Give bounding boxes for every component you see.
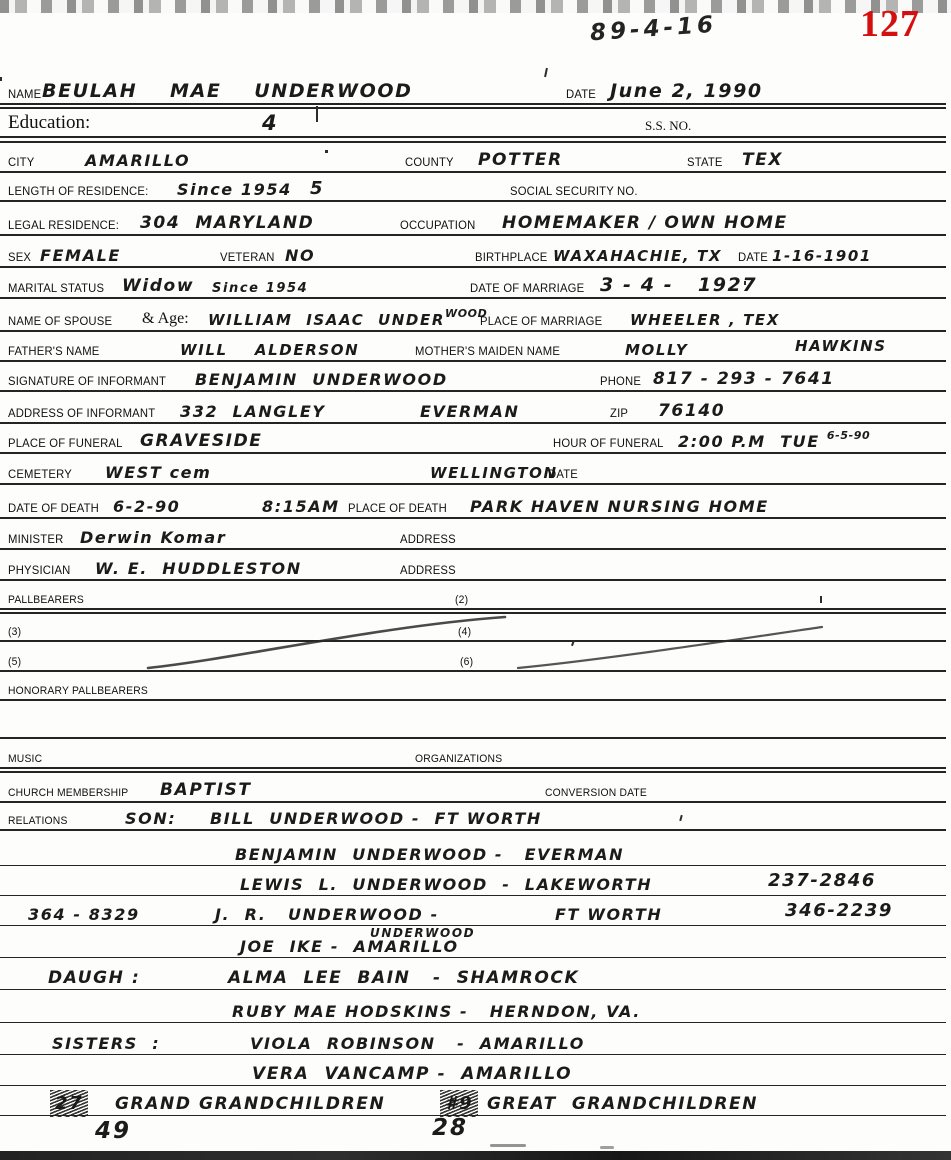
physician-address-label: ADDRESS bbox=[400, 563, 456, 577]
residence-label: LENGTH OF RESIDENCE: bbox=[8, 184, 148, 198]
mother-maiden-label: MOTHER'S MAIDEN NAME bbox=[415, 344, 560, 358]
relation-text: BILL UNDERWOOD - FT WORTH bbox=[210, 809, 542, 828]
page-number-red: 127 bbox=[860, 2, 920, 46]
legal-residence-value: 304 MARYLAND bbox=[140, 213, 314, 233]
marital-value-since: Since 1954 bbox=[212, 281, 308, 296]
honorary-pallbearers-label: HONORARY PALLBEARERS bbox=[8, 685, 148, 697]
field-row-father: FATHER'S NAME WILL ALDERSON MOTHER'S MAI… bbox=[0, 341, 946, 362]
double-rule bbox=[0, 612, 946, 614]
date-of-death-value: 6-2-90 bbox=[113, 497, 180, 516]
field-row-death: DATE OF DEATH 6-2-90 8:15AM PLACE OF DEA… bbox=[0, 498, 946, 519]
cemetery-city-value: WELLINGTON bbox=[430, 464, 558, 482]
scan-bottom-edge bbox=[0, 1151, 951, 1160]
field-row-cemetery: CEMETERY WEST cem WELLINGTON DATE bbox=[0, 465, 946, 485]
time-of-death-value: 8:15AM bbox=[262, 497, 340, 516]
relations-row-6: DAUGH : ALMA LEE BAIN - SHAMROCK bbox=[0, 966, 946, 990]
music-label: MUSIC bbox=[8, 753, 42, 765]
pallbearers-row-3: (5) (6) bbox=[0, 655, 946, 672]
county-value: POTTER bbox=[478, 150, 563, 170]
conversion-date-label: CONVERSION DATE bbox=[545, 787, 647, 799]
date-of-marriage-label: DATE OF MARRIAGE bbox=[470, 281, 584, 295]
hour-of-funeral-label: HOUR OF FUNERAL bbox=[553, 436, 664, 450]
field-row-city: CITY AMARILLO COUNTY POTTER STATE TEX bbox=[0, 152, 946, 173]
field-row-legal-residence: LEGAL RESIDENCE: 304 MARYLAND OCCUPATION… bbox=[0, 216, 946, 236]
scan-edge-noise bbox=[0, 0, 951, 13]
phone-value: 817 - 293 - 7641 bbox=[653, 369, 835, 389]
veteran-value: NO bbox=[285, 246, 315, 265]
field-row-residence: LENGTH OF RESIDENCE: Since 1954 5 SOCIAL… bbox=[0, 182, 946, 202]
veteran-label: VETERAN bbox=[220, 250, 275, 264]
relations-row-7: RUBY MAE HODSKINS - HERNDON, VA. bbox=[0, 1001, 946, 1023]
struck-count-left: 27 bbox=[55, 1093, 83, 1114]
pallbearers-row-1: PALLBEARERS (2) bbox=[0, 593, 946, 610]
cemetery-date-label: DATE bbox=[548, 467, 578, 481]
sex-label: SEX bbox=[8, 250, 31, 264]
grandchildren-label: GRAND GRANDCHILDREN bbox=[115, 1094, 385, 1114]
pallbearers-label: PALLBEARERS bbox=[8, 594, 84, 606]
relations-row-1: RELATIONS SON: BILL UNDERWOOD - FT WORTH bbox=[0, 810, 946, 831]
relation-phone: 346-2239 bbox=[785, 900, 893, 921]
cemetery-label: CEMETERY bbox=[8, 467, 72, 481]
birth-date-value: 1-16-1901 bbox=[772, 247, 872, 265]
informant-signature-label: SIGNATURE OF INFORMANT bbox=[8, 374, 166, 388]
blank-rule bbox=[0, 737, 946, 739]
relation-text: BENJAMIN UNDERWOOD - EVERMAN bbox=[235, 845, 624, 864]
pallbearer-5-label: (5) bbox=[8, 656, 21, 668]
church-membership-label: CHURCH MEMBERSHIP bbox=[8, 787, 128, 799]
cut-off-handwriting-fragment bbox=[490, 1144, 526, 1147]
sex-value: FEMALE bbox=[40, 246, 121, 265]
struck-number: #9 bbox=[445, 1093, 473, 1114]
education-label: Education: bbox=[8, 112, 90, 134]
hour-value-text: 2:00 P.M TUE bbox=[678, 432, 820, 451]
field-row-physician: PHYSICIAN W. E. HUDDLESTON ADDRESS bbox=[0, 559, 946, 581]
church-row: CHURCH MEMBERSHIP BAPTIST CONVERSION DAT… bbox=[0, 781, 946, 803]
field-row-education: Education: 4 S.S. NO. bbox=[0, 113, 946, 138]
spouse-label: NAME OF SPOUSE bbox=[8, 314, 112, 328]
birthplace-label: BIRTHPLACE bbox=[475, 250, 548, 264]
date-of-marriage-value: 3 - 4 - 1927 bbox=[600, 274, 757, 296]
relations-row-3: LEWIS L. UNDERWOOD - LAKEWORTH 237-2846 bbox=[0, 873, 946, 896]
spouse-age-label: & Age: bbox=[142, 310, 189, 328]
name-value: BEULAH MAE UNDERWOOD bbox=[42, 80, 412, 102]
music-row: MUSIC ORGANIZATIONS bbox=[0, 753, 946, 769]
relation-kin: SISTERS : bbox=[52, 1034, 160, 1053]
relations-row-9: VERA VANCAMP - AMARILLO bbox=[0, 1064, 946, 1086]
scan-speck bbox=[0, 77, 2, 81]
date-of-death-label: DATE OF DEATH bbox=[8, 501, 99, 515]
relation-text: LEWIS L. UNDERWOOD - LAKEWORTH bbox=[240, 875, 652, 894]
spouse-value: WILLIAM ISAAC UNDERWOOD bbox=[208, 311, 487, 329]
physician-label: PHYSICIAN bbox=[8, 563, 70, 577]
pallbearers-row-2: (3) (4) bbox=[0, 625, 946, 642]
minister-value: Derwin Komar bbox=[80, 528, 226, 547]
cemetery-value: WEST cem bbox=[105, 463, 211, 482]
occupation-label: OCCUPATION bbox=[400, 218, 475, 232]
state-label: STATE bbox=[687, 155, 723, 169]
place-of-death-label: PLACE OF DEATH bbox=[348, 501, 447, 515]
relations-row-2: BENJAMIN UNDERWOOD - EVERMAN bbox=[0, 843, 946, 866]
ssno-label: S.S. NO. bbox=[645, 118, 691, 134]
double-rule bbox=[0, 771, 946, 773]
date-value: June 2, 1990 bbox=[610, 80, 763, 102]
relation-city: FT WORTH bbox=[555, 905, 662, 924]
informant-address-label: ADDRESS OF INFORMANT bbox=[8, 406, 155, 420]
residence-value: Since 1954 bbox=[177, 180, 292, 199]
organizations-label: ORGANIZATIONS bbox=[415, 753, 502, 765]
informant-address-city: EVERMAN bbox=[420, 402, 519, 421]
grandchildren-count: 49 bbox=[95, 1118, 131, 1144]
pallbearer-4-label: (4) bbox=[458, 626, 471, 638]
state-value: TEX bbox=[742, 150, 783, 170]
mother-maiden-value: MOLLY bbox=[625, 341, 688, 359]
hour-of-funeral-value: 2:00 P.M TUE 6-5-90 bbox=[678, 432, 870, 451]
field-row-marital: MARITAL STATUS Widow Since 1954 DATE OF … bbox=[0, 278, 946, 299]
honorary-pallbearers-row: HONORARY PALLBEARERS bbox=[0, 685, 946, 701]
church-membership-value: BAPTIST bbox=[160, 780, 252, 800]
minister-address-label: ADDRESS bbox=[400, 532, 456, 546]
scanned-funeral-record: 89-4-16 127 NAME BEULAH MAE UNDERWOOD DA… bbox=[0, 0, 951, 1160]
cut-off-handwriting-fragment bbox=[600, 1146, 614, 1149]
place-of-funeral-value: GRAVESIDE bbox=[140, 431, 263, 451]
struck-count-right: #9 bbox=[445, 1093, 473, 1114]
place-of-marriage-label: PLACE OF MARRIAGE bbox=[480, 314, 602, 328]
place-of-marriage-value: WHEELER , TEX bbox=[630, 311, 780, 329]
scan-speck bbox=[744, 281, 746, 285]
father-name-label: FATHER'S NAME bbox=[8, 344, 100, 358]
scan-speck bbox=[820, 596, 822, 603]
grandchildren-row: 27 GRAND GRANDCHILDREN #9 GREAT GRANDCHI… bbox=[0, 1091, 946, 1116]
mother-maiden-value2: HAWKINS bbox=[795, 337, 887, 355]
great-grandchildren-label: GREAT GRANDCHILDREN bbox=[487, 1094, 758, 1114]
pallbearer-2-label: (2) bbox=[455, 594, 468, 606]
relation-text: J. R. UNDERWOOD - bbox=[215, 905, 439, 924]
zip-label: ZIP bbox=[610, 406, 628, 420]
relation-text: ALMA LEE BAIN - SHAMROCK bbox=[228, 968, 579, 988]
place-of-funeral-label: PLACE OF FUNERAL bbox=[8, 436, 123, 450]
relation-phone-left: 364 - 8329 bbox=[28, 905, 140, 924]
relation-kin: DAUGH : bbox=[48, 968, 140, 988]
informant-address-value: 332 LANGLEY bbox=[180, 402, 326, 421]
informant-signature-value: BENJAMIN UNDERWOOD bbox=[195, 370, 448, 389]
scan-speck bbox=[316, 106, 318, 122]
marital-value: Widow bbox=[122, 276, 194, 296]
relations-row-8: SISTERS : VIOLA ROBINSON - AMARILLO bbox=[0, 1033, 946, 1055]
social-security-label: SOCIAL SECURITY NO. bbox=[510, 184, 638, 198]
residence-overstrike: 5 bbox=[310, 178, 324, 199]
name-label: NAME bbox=[8, 87, 41, 101]
field-row-informant: SIGNATURE OF INFORMANT BENJAMIN UNDERWOO… bbox=[0, 371, 946, 392]
birthplace-value: WAXAHACHIE, TX bbox=[553, 247, 722, 265]
zip-value: 76140 bbox=[658, 401, 725, 421]
city-label: CITY bbox=[8, 155, 34, 169]
spouse-value-text: WILLIAM ISAAC UNDER bbox=[208, 311, 445, 329]
marital-label: MARITAL STATUS bbox=[8, 281, 104, 295]
field-row-spouse: NAME OF SPOUSE & Age: WILLIAM ISAAC UNDE… bbox=[0, 311, 946, 332]
relations-row-5: UNDERWOOD JOE IKE - AMARILLO bbox=[0, 935, 946, 958]
city-value: AMARILLO bbox=[85, 151, 190, 170]
double-rule bbox=[0, 141, 946, 143]
double-rule bbox=[0, 107, 946, 109]
relations-label: RELATIONS bbox=[8, 815, 68, 827]
field-row-sex: SEX FEMALE VETERAN NO BIRTHPLACE WAXAHAC… bbox=[0, 247, 946, 268]
place-of-death-value: PARK HAVEN NURSING HOME bbox=[470, 497, 769, 516]
pallbearer-6-label: (6) bbox=[460, 656, 473, 668]
minister-label: MINISTER bbox=[8, 532, 63, 546]
county-label: COUNTY bbox=[405, 155, 454, 169]
field-row-name: NAME BEULAH MAE UNDERWOOD DATE June 2, 1… bbox=[0, 76, 946, 105]
phone-label: PHONE bbox=[600, 374, 641, 388]
relation-text: VIOLA ROBINSON - AMARILLO bbox=[250, 1034, 585, 1053]
struck-number: 27 bbox=[55, 1093, 83, 1114]
relation-text: JOE IKE - AMARILLO bbox=[240, 937, 459, 956]
education-value: 4 bbox=[262, 111, 278, 135]
relation-kin: SON: bbox=[125, 809, 176, 828]
date-label: DATE bbox=[566, 87, 596, 101]
relations-row-4: 364 - 8329 J. R. UNDERWOOD - FT WORTH 34… bbox=[0, 903, 946, 926]
hour-value-superscript: 6-5-90 bbox=[827, 429, 870, 442]
physician-value: W. E. HUDDLESTON bbox=[95, 559, 302, 578]
pallbearer-3-label: (3) bbox=[8, 626, 21, 638]
father-name-value: WILL ALDERSON bbox=[180, 341, 359, 359]
relation-text: RUBY MAE HODSKINS - HERNDON, VA. bbox=[232, 1002, 641, 1021]
scan-speck bbox=[325, 150, 328, 153]
occupation-value: HOMEMAKER / OWN HOME bbox=[502, 213, 788, 233]
file-number-handwritten: 89-4-16 bbox=[589, 12, 718, 47]
relation-text: VERA VANCAMP - AMARILLO bbox=[252, 1064, 572, 1084]
birth-date-label: DATE bbox=[738, 250, 768, 264]
legal-residence-label: LEGAL RESIDENCE: bbox=[8, 218, 119, 232]
field-row-informant-address: ADDRESS OF INFORMANT 332 LANGLEY EVERMAN… bbox=[0, 404, 946, 424]
great-grandchildren-count: 28 bbox=[432, 1115, 468, 1141]
relation-phone: 237-2846 bbox=[768, 870, 876, 891]
scan-speck bbox=[571, 640, 575, 646]
field-row-funeral: PLACE OF FUNERAL GRAVESIDE HOUR OF FUNER… bbox=[0, 433, 946, 454]
field-row-minister: MINISTER Derwin Komar ADDRESS bbox=[0, 528, 946, 550]
